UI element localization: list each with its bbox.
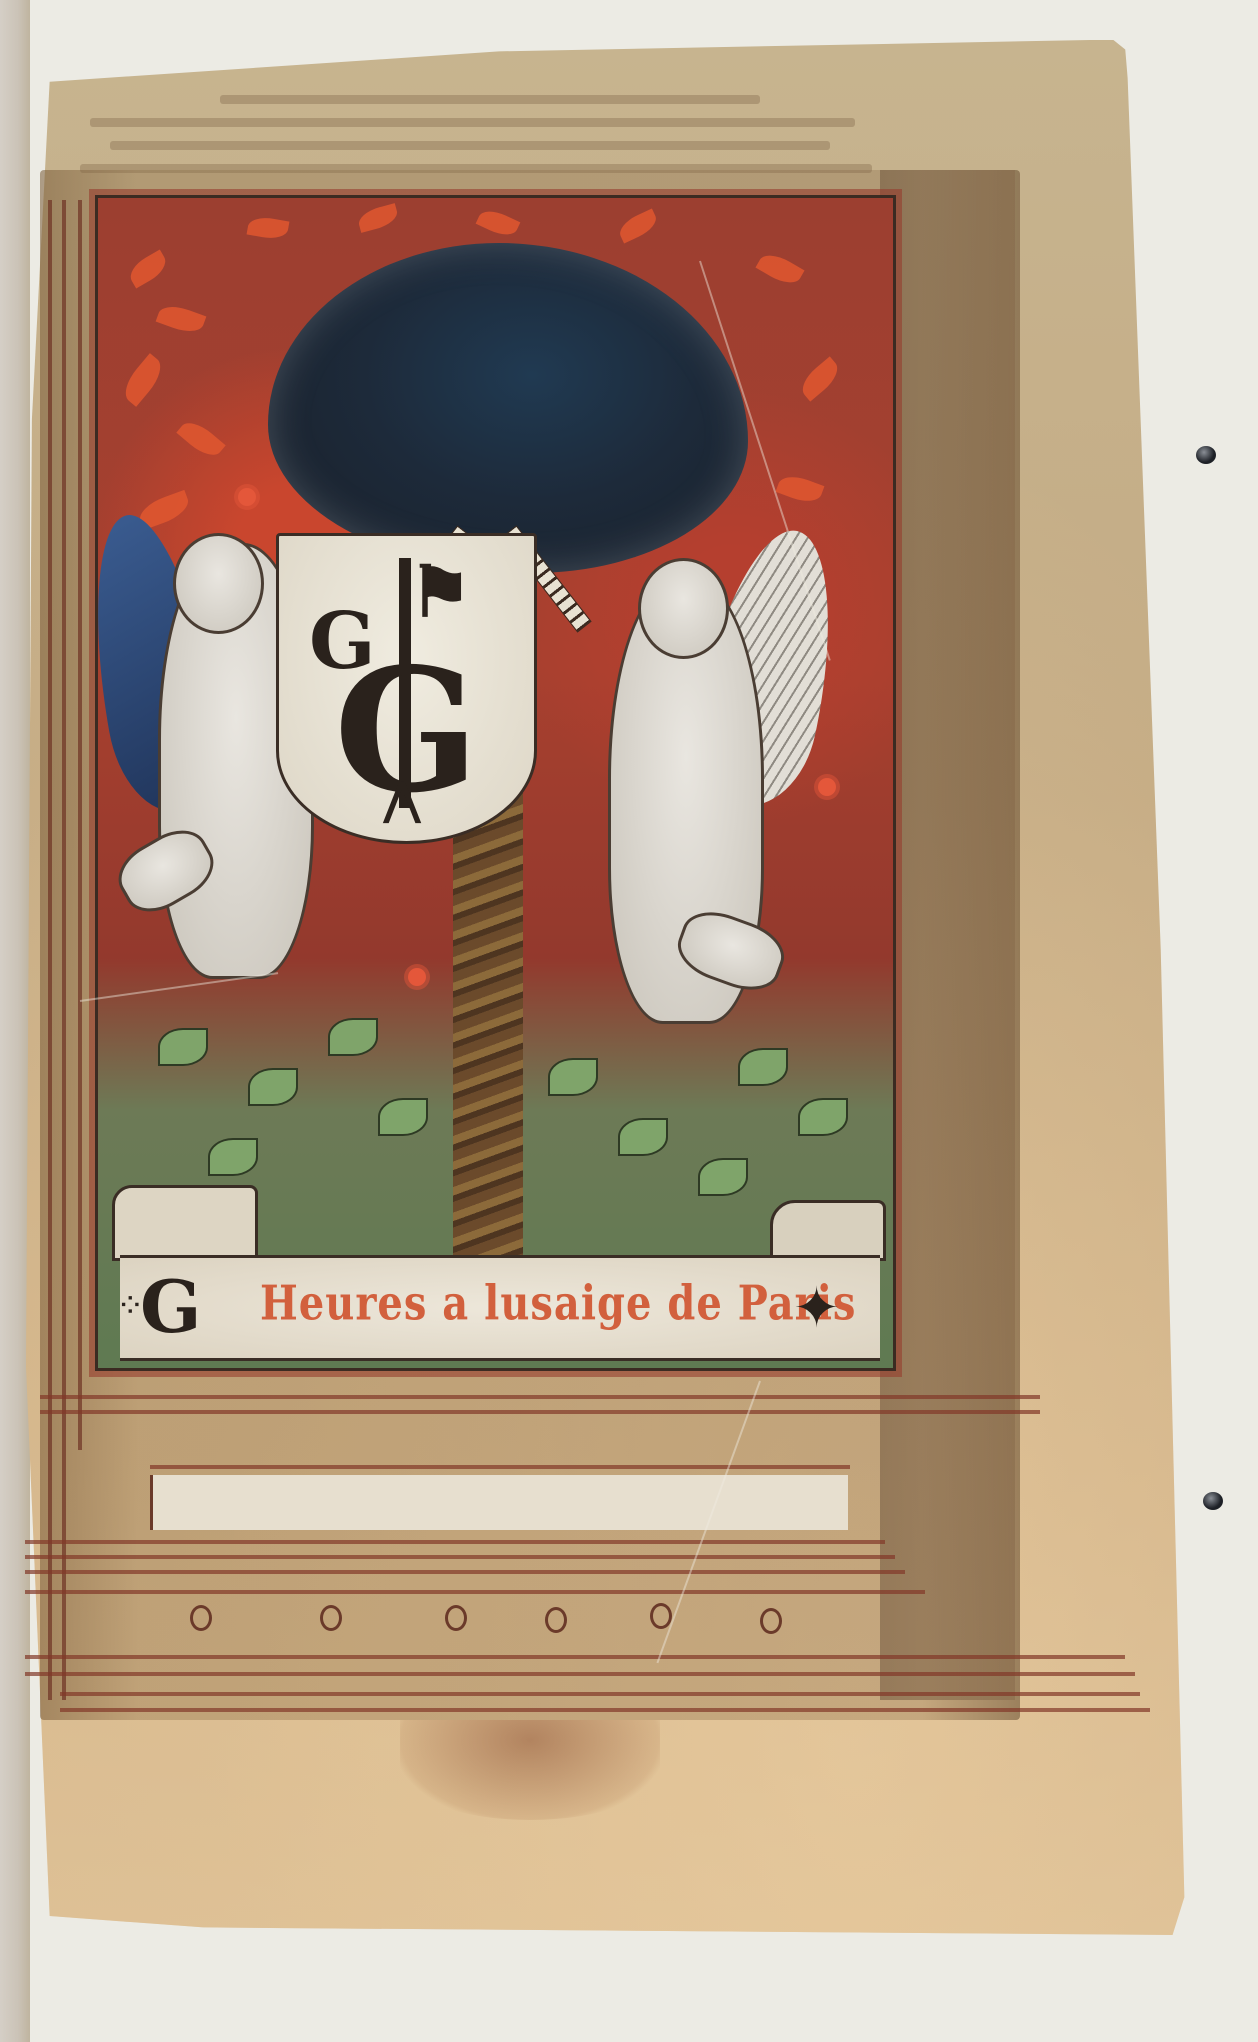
foliate-ornament	[400, 1720, 660, 1820]
border-line	[40, 1395, 1040, 1399]
adjacent-page-edge	[0, 0, 30, 2042]
border-line	[25, 1590, 925, 1594]
border-line	[25, 1672, 1135, 1676]
small-scroll-left	[112, 1185, 258, 1261]
mark-flag-icon: ⚑	[409, 550, 472, 633]
border-line	[48, 200, 52, 1700]
border-line	[78, 200, 82, 1450]
border-line	[62, 200, 66, 1700]
banner-star-ornament-icon: ✦	[793, 1276, 840, 1341]
border-line	[150, 1465, 850, 1469]
banner-title: Heures a lusaige de Paris	[260, 1275, 856, 1331]
title-banner: ⁘ G Heures a lusaige de Paris ✦	[120, 1255, 880, 1361]
mounting-pin-icon	[1203, 1492, 1223, 1510]
blank-label-strip	[150, 1475, 848, 1530]
banner-initial: G	[140, 1264, 202, 1349]
left-angel-head	[173, 533, 264, 634]
border-line	[25, 1540, 885, 1544]
border-line	[60, 1692, 1140, 1696]
border-line	[60, 1708, 1150, 1712]
right-border-column	[880, 170, 1015, 1700]
small-scroll-right	[770, 1200, 886, 1261]
show-through-text	[70, 85, 970, 173]
border-line	[40, 1410, 1040, 1414]
border-line	[25, 1570, 905, 1574]
mark-base-icon: ⋀	[384, 774, 420, 825]
right-angel-head	[638, 558, 729, 659]
border-line	[25, 1655, 1125, 1659]
tree-canopy	[268, 243, 748, 573]
border-line	[25, 1555, 895, 1559]
printers-mark-shield: ⚑ G G ⋀	[276, 533, 537, 844]
mounting-pin-icon	[1196, 446, 1216, 464]
